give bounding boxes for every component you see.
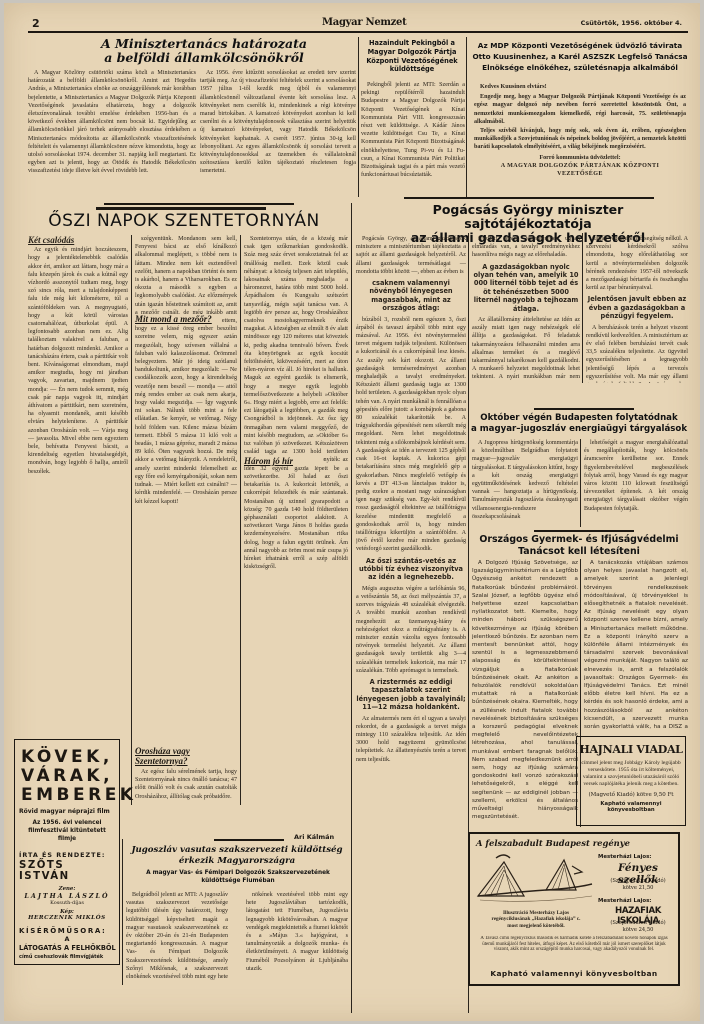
ad-books: A felszabadult Budapest regénye Mesterhá… bbox=[468, 832, 680, 986]
ad-poems-price: (Magvető Kiadó) kötve 9,50 Ft bbox=[577, 792, 685, 798]
youth-text-1: A Dolgozó Ifjúság Szövetsége, az Igazság… bbox=[472, 559, 578, 822]
bonds-text-2: Az 1956. évre kitűzött sorsolásokat az e… bbox=[200, 69, 356, 176]
ad-film: KÖVEK, VÁRAK, EMBEREK Rövid magyar népra… bbox=[14, 739, 120, 965]
masthead-title: Magyar Nemzet bbox=[322, 17, 406, 28]
farms-callout-2: Az őszi szántás-vetés az utóbbi tíz évhe… bbox=[356, 557, 466, 582]
masthead-rule bbox=[28, 31, 688, 33]
ad-books-footer: Kapható valamennyi könyvesboltban bbox=[474, 969, 674, 978]
railway-col-1: Belgrádból jelenti az MTI: A jugoszláv v… bbox=[126, 891, 228, 981]
railway-subhead: A magyar Vas- és Fémipari Dolgozók Szaks… bbox=[144, 870, 332, 885]
farms-col-3: tudják végezni külső segítség nélkül. A … bbox=[586, 235, 688, 383]
ad-books-title: A felszabadult Budapest regénye bbox=[476, 838, 678, 848]
subhead-harom-jo-hir: Három jó hír bbox=[244, 456, 323, 466]
railway-text-2: nökének vezetésével több mint egy hete J… bbox=[246, 891, 348, 973]
bonds-col-1: A Magyar Közlöny csütörtöki száma közli … bbox=[28, 69, 196, 195]
youth-col-2: A tanácskozás vitájában számos olyan hel… bbox=[584, 559, 688, 729]
village-orosháza-block: Orosháza vagy Szentetornya? Az egész fal… bbox=[135, 743, 237, 802]
farms-col-1: Pogácsás György, az állami gazdaságok mi… bbox=[356, 235, 466, 1011]
bridge-illustration-icon bbox=[476, 852, 594, 906]
headline-youth-line2: Tanácsot kell létesíteni bbox=[470, 546, 688, 558]
ad-film-composer-note: Kossuth-díjas bbox=[15, 900, 119, 906]
headline-railway-line2: érkezik Magyarországra bbox=[126, 856, 348, 867]
farms-callout-3: A rizstermés az eddigi tapasztalatok sze… bbox=[356, 678, 466, 712]
village-top-rule bbox=[96, 207, 266, 210]
column-divider bbox=[122, 839, 123, 985]
headline-village: ŐSZI NAPOK SZENTETORNYÁN bbox=[28, 211, 340, 231]
column-divider bbox=[351, 203, 352, 1013]
bonds-text-1: A Magyar Közlöny csütörtöki száma közli … bbox=[28, 69, 196, 176]
ad-film-cameraman: HERCZENIK MIKLÓS bbox=[15, 915, 119, 921]
farms-callout-4: A gazdaságokban nyolc olyan tehén van, a… bbox=[472, 263, 580, 313]
headline-peking: Hazaindult Pekingből a Magyar Dolgozók P… bbox=[362, 39, 462, 74]
ad-hajnali-viadal: HAJNALI VIADAL címmel jelent meg Jobbágy… bbox=[576, 736, 686, 826]
ad-film-composer: LAJTHA LÁSZLÓ bbox=[15, 892, 119, 900]
column-divider bbox=[131, 235, 132, 805]
headline-railway-line1: Jugoszláv vasutas szakszervezeti küldött… bbox=[126, 845, 348, 856]
ad-poems-footer: Kapható valamennyi könyvesboltban bbox=[577, 801, 685, 813]
bonds-end-rule bbox=[104, 203, 294, 205]
headline-energy: Október végén Budapesten folytatódnak a … bbox=[470, 413, 688, 435]
farms-text-3a: tudják végezni külső segítség nélkül. A … bbox=[586, 235, 688, 292]
ad-film-subtitle: Rövid magyar néprajzi film bbox=[19, 808, 119, 815]
village-text-oroshaza: Az egész falu sérelmének tartja, hogy Sz… bbox=[135, 768, 237, 802]
headline-telegram: Az MDP Központi Vezetőségének üdvözlő tá… bbox=[472, 40, 688, 73]
telegram-para-2: Teljes szívből kívánjuk, hogy még sok, s… bbox=[474, 127, 686, 152]
energy-text-2: lehetőségét a magyar energiahálózattal é… bbox=[584, 439, 688, 513]
farms-text-2a: feszített tervek teljesítésében ugyan el… bbox=[472, 235, 580, 260]
ad-film-title-line2: VÁRAK, bbox=[21, 767, 119, 786]
ad-film-title: KÖVEK, VÁRAK, EMBEREK bbox=[21, 748, 119, 805]
ad-books-author-2: Mesterházi Lajos: bbox=[598, 898, 651, 904]
ad-film-director: SZŐTS ISTVÁN bbox=[19, 860, 119, 882]
youth-text-2: A tanácskozás vitájában számos olyan hel… bbox=[584, 559, 688, 729]
village-author: Ari Kálmán bbox=[294, 833, 334, 841]
headline-railway: Jugoszláv vasutas szakszervezeti küldött… bbox=[126, 845, 348, 866]
railway-col-2: nökének vezetésével több mint egy hete J… bbox=[246, 891, 348, 981]
youth-col-1: A Dolgozó Ifjúság Szövetsége, az Igazság… bbox=[472, 559, 578, 827]
telegram-closing: Forró kommunista üdvözlettel: bbox=[474, 154, 686, 162]
village-text-3: Szentetornya után, de a község már csak … bbox=[244, 235, 348, 571]
ad-poems-title: HAJNALI VIADAL bbox=[577, 743, 685, 756]
page-number: 2 bbox=[32, 17, 40, 30]
railway-text-1: Belgrádból jelenti az MTI: A jugoszláv v… bbox=[126, 891, 228, 981]
ad-film-support-a: A bbox=[15, 935, 119, 943]
ad-film-support-note: című csehszlovák filmvígjáték bbox=[19, 954, 119, 960]
peking-text: Pekingből jelenti az MTI: Szerdán a peki… bbox=[361, 81, 465, 179]
farms-text-3b: A beruházások terén a helyzet viszont re… bbox=[586, 324, 688, 383]
village-text-1: Az egyik és mindjárt hozzáteszem, hogy a… bbox=[28, 246, 128, 476]
masthead-date: Csütörtök, 1956. október 4. bbox=[581, 19, 682, 27]
farms-callout-5: Jelentősen javult ebben az évben a gazda… bbox=[586, 295, 688, 320]
farms-text-2b: Az állatállomány átteleltetése az idén a… bbox=[472, 316, 580, 383]
headline-bonds-line2: a belföldi államkölcsönökről bbox=[74, 51, 334, 65]
subhead-oroshaza: Orosháza vagy Szentetornya? bbox=[135, 746, 237, 766]
energy-text-1: A Jugopress hírügynökség kommentárja a k… bbox=[472, 439, 578, 521]
headline-energy-line2: a magyar–jugoszláv energiaügyi tárgyalás… bbox=[470, 424, 688, 435]
headline-youth-line1: Országos Gyermek- és Ifjúságvédelmi bbox=[470, 534, 688, 546]
farms-col-2: feszített tervek teljesítésében ugyan el… bbox=[472, 235, 580, 383]
ad-books-body: A Tavasz című regényciklus második és ha… bbox=[478, 936, 670, 966]
peking-body: Pekingből jelenti az MTI: Szerdán a peki… bbox=[361, 81, 465, 199]
headline-youth: Országos Gyermek- és Ifjúságvédelmi Taná… bbox=[470, 534, 688, 557]
ad-film-title-line3: EMBEREK bbox=[21, 786, 119, 805]
column-divider bbox=[466, 37, 467, 197]
ad-film-written-label: ÍRTA ÉS RENDEZTE: bbox=[19, 851, 119, 859]
column-divider bbox=[582, 233, 583, 383]
headline-bonds: A Minisztertanács határozata a belföldi … bbox=[74, 37, 334, 65]
telegram-para-1: Engedje meg, hogy a Magyar Dolgozók Párt… bbox=[474, 93, 686, 126]
subhead-mezoor: Mit mond a mezőőr? bbox=[135, 314, 222, 324]
subhead-ket-csalodas: Két csalódás bbox=[28, 236, 128, 244]
energy-col-2: lehetőségét a magyar energiahálózattal é… bbox=[584, 439, 688, 527]
telegram-salutation: Kedves Kuusinen elvtárs! bbox=[480, 83, 686, 91]
column-divider bbox=[358, 37, 359, 197]
farms-callout-1: csaknem valamennyi növényből lényegesen … bbox=[356, 279, 466, 313]
ad-books-price-1: kötve 21,50 bbox=[600, 885, 676, 891]
ad-film-title-line1: KÖVEK, bbox=[21, 748, 119, 767]
ad-books-author-1: Mesterházi Lajos: bbox=[598, 854, 651, 860]
farms-text-1a: Pogácsás György, az állami gazdaságok mi… bbox=[356, 235, 466, 276]
headline-bonds-line1: A Minisztertanács határozata bbox=[74, 37, 334, 51]
ad-books-publisher-1: (Szépirodalmi Kiadó) bbox=[600, 878, 676, 884]
column-divider bbox=[580, 439, 581, 527]
bonds-col-2: Az 1956. évre kitűzött sorsolásokat az e… bbox=[200, 69, 356, 195]
telegram-signature: A MAGYAR DOLGOZÓK PÁRTJÁNAK KÖZPONTI VEZ… bbox=[494, 162, 666, 178]
village-text-2: szégyentünk. Mondanom sem kell, Fenyvesi… bbox=[135, 235, 237, 506]
headline-farms-line1: Pogácsás György miniszter sajtótájékozta… bbox=[368, 203, 688, 231]
headline-energy-line1: Október végén Budapesten folytatódnak bbox=[470, 413, 688, 424]
energy-end-rule bbox=[534, 530, 634, 532]
farms-end-rule bbox=[534, 408, 634, 410]
ad-poems-body: címmel jelent meg Jobbágy Károly legújab… bbox=[581, 760, 681, 790]
village-text-oroshaza-p: Az egész falu sérelmének tartja, hogy Sz… bbox=[135, 768, 237, 801]
village-col-1: Két csalódás Az egyik és mindjárt hozzát… bbox=[28, 233, 128, 689]
ad-books-price-2: kötve 24,50 bbox=[600, 927, 676, 933]
farms-text-1d: Az almatermés nem éri el ugyan a tavalyi… bbox=[356, 715, 466, 764]
telegram-end-rule bbox=[404, 197, 654, 199]
newspaper-page: 2 Magyar Nemzet Csütörtök, 1956. október… bbox=[4, 3, 700, 1021]
ad-film-support-label: KÍSÉRŐMŰSORA: bbox=[19, 927, 119, 935]
farms-text-1c: Mégis augusztus végére a tarlóhántás 96,… bbox=[356, 585, 466, 675]
ad-film-support-title: LÁTOGATÁS A FELHŐKBŐL bbox=[19, 944, 119, 952]
energy-col-1: A Jugopress hírügynökség kommentárja a k… bbox=[472, 439, 578, 527]
column-divider bbox=[240, 235, 241, 805]
ad-books-caption: Illusztráció Mesterházy Lajos regénycikl… bbox=[486, 910, 586, 929]
railway-top-rule bbox=[214, 839, 284, 841]
village-col-3: Szentetornya után, de a község már csak … bbox=[244, 235, 348, 805]
farms-text-1b: búzából 3, rozsból nem egészen 3, őszi á… bbox=[356, 316, 466, 554]
ad-film-award: Az 1956. évi velencei filmfesztivál kitü… bbox=[21, 819, 113, 843]
telegram-body: Kedves Kuusinen elvtárs! Engedje meg, ho… bbox=[474, 83, 686, 197]
ad-books-publisher-2: (Szépirodalmi Kiadó) bbox=[600, 920, 676, 926]
